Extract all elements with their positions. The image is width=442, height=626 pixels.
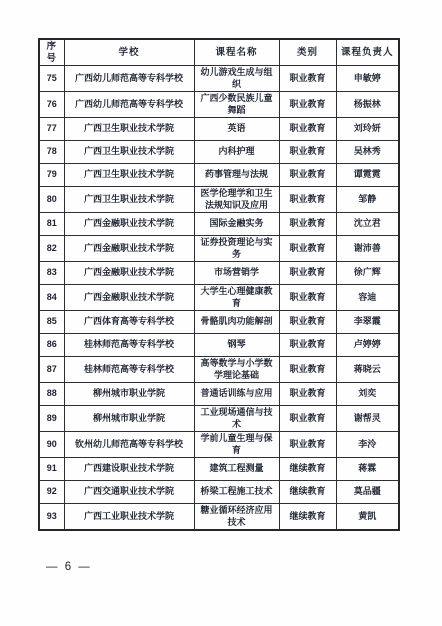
col-header-leader: 课程负责人 [336,39,399,66]
cell-no: 92 [39,481,64,504]
cell-leader: 谢沛善 [336,236,399,262]
cell-school: 广西金融职业技术学院 [64,262,194,285]
table-row: 86桂林师范高等专科学校钢琴职业教育卢婷婷 [39,334,399,357]
table-row: 85广西体育高等专科学校骨骼肌肉功能解剖职业教育李翠霞 [39,311,399,334]
cell-course: 工业现场通信与技术 [194,406,279,432]
cell-course: 学前儿童生理与保育 [194,432,279,458]
cell-leader: 谭霓霓 [336,164,399,187]
cell-category: 职业教育 [279,213,336,236]
cell-leader: 谢帮灵 [336,406,399,432]
table-row: 76广西幼儿师范高等专科学校广西少数民族儿童舞蹈职业教育杨振林 [39,92,399,118]
table-row: 93广西工业职业技术学院糖业循环经济应用技术继续教育黄凯 [39,504,399,531]
cell-course: 大学生心理健康教育 [194,285,279,311]
cell-category: 职业教育 [279,432,336,458]
cell-no: 88 [39,383,64,406]
table-row: 81广西金融职业技术学院国际金融实务职业教育沈立君 [39,213,399,236]
cell-school: 广西卫生职业技术学院 [64,118,194,141]
cell-course: 普通话训练与应用 [194,383,279,406]
document-page: 序号学校课程名称类别课程负责人 75广西幼儿师范高等专科学校幼儿游戏生成与组织职… [0,0,442,626]
cell-category: 继续教育 [279,481,336,504]
cell-leader: 李泠 [336,432,399,458]
col-header-category: 类别 [279,39,336,66]
cell-category: 职业教育 [279,66,336,92]
cell-no: 78 [39,141,64,164]
cell-category: 职业教育 [279,285,336,311]
cell-category: 职业教育 [279,357,336,383]
cell-category: 职业教育 [279,236,336,262]
cell-category: 职业教育 [279,262,336,285]
cell-category: 职业教育 [279,187,336,213]
cell-no: 76 [39,92,64,118]
cell-school: 广西交通职业技术学院 [64,481,194,504]
cell-school: 广西卫生职业技术学院 [64,187,194,213]
cell-course: 糖业循环经济应用技术 [194,504,279,531]
cell-no: 89 [39,406,64,432]
table-row: 88柳州城市职业学院普通话训练与应用职业教育刘奕 [39,383,399,406]
cell-no: 84 [39,285,64,311]
page-number: — 6 — [46,561,92,573]
cell-no: 82 [39,236,64,262]
table-row: 77广西卫生职业技术学院英语职业教育刘玲妍 [39,118,399,141]
cell-category: 职业教育 [279,164,336,187]
cell-category: 职业教育 [279,383,336,406]
cell-course: 广西少数民族儿童舞蹈 [194,92,279,118]
cell-school: 钦州幼儿师范高等专科学校 [64,432,194,458]
col-header-school: 学校 [64,39,194,66]
cell-category: 继续教育 [279,504,336,531]
cell-leader: 刘玲妍 [336,118,399,141]
course-table: 序号学校课程名称类别课程负责人 75广西幼儿师范高等专科学校幼儿游戏生成与组织职… [38,38,400,531]
cell-leader: 刘奕 [336,383,399,406]
cell-leader: 杨振林 [336,92,399,118]
table-row: 87桂林师范高等专科学校高等数学与小学数学理论基础职业教育蒋晓云 [39,357,399,383]
cell-leader: 卢婷婷 [336,334,399,357]
cell-no: 79 [39,164,64,187]
cell-category: 职业教育 [279,334,336,357]
cell-no: 80 [39,187,64,213]
table-row: 79广西卫生职业技术学院药事管理与法规职业教育谭霓霓 [39,164,399,187]
cell-course: 建筑工程测量 [194,458,279,481]
col-header-no: 序号 [39,39,64,66]
cell-course: 市场营销学 [194,262,279,285]
cell-category: 继续教育 [279,458,336,481]
table-row: 80广西卫生职业技术学院医学伦理学和卫生法规知识及应用职业教育邹静 [39,187,399,213]
cell-no: 77 [39,118,64,141]
cell-school: 广西卫生职业技术学院 [64,141,194,164]
cell-no: 90 [39,432,64,458]
cell-school: 桂林师范高等专科学校 [64,357,194,383]
cell-course: 证券投资理论与实务 [194,236,279,262]
cell-leader: 莫品疆 [336,481,399,504]
table-row: 84广西金融职业技术学院大学生心理健康教育职业教育容迪 [39,285,399,311]
cell-school: 广西工业职业技术学院 [64,504,194,531]
cell-school: 柳州城市职业学院 [64,406,194,432]
cell-no: 93 [39,504,64,531]
cell-school: 桂林师范高等专科学校 [64,334,194,357]
cell-category: 职业教育 [279,141,336,164]
cell-category: 职业教育 [279,311,336,334]
cell-course: 药事管理与法规 [194,164,279,187]
cell-no: 85 [39,311,64,334]
cell-leader: 李翠霞 [336,311,399,334]
table-row: 91广西建设职业技术学院建筑工程测量继续教育蒋霖 [39,458,399,481]
cell-course: 国际金融实务 [194,213,279,236]
cell-leader: 蒋晓云 [336,357,399,383]
cell-course: 钢琴 [194,334,279,357]
cell-no: 91 [39,458,64,481]
cell-category: 职业教育 [279,118,336,141]
cell-course: 幼儿游戏生成与组织 [194,66,279,92]
cell-school: 广西金融职业技术学院 [64,236,194,262]
table-row: 78广西卫生职业技术学院内科护理职业教育吴林秀 [39,141,399,164]
cell-school: 广西幼儿师范高等专科学校 [64,66,194,92]
cell-course: 内科护理 [194,141,279,164]
cell-school: 广西卫生职业技术学院 [64,164,194,187]
cell-course: 高等数学与小学数学理论基础 [194,357,279,383]
cell-school: 广西金融职业技术学院 [64,213,194,236]
cell-leader: 黄凯 [336,504,399,531]
cell-category: 职业教育 [279,92,336,118]
cell-leader: 邹静 [336,187,399,213]
cell-category: 职业教育 [279,406,336,432]
cell-leader: 徐广辉 [336,262,399,285]
table-row: 90钦州幼儿师范高等专科学校学前儿童生理与保育职业教育李泠 [39,432,399,458]
cell-leader: 吴林秀 [336,141,399,164]
cell-school: 广西幼儿师范高等专科学校 [64,92,194,118]
cell-no: 83 [39,262,64,285]
cell-leader: 沈立君 [336,213,399,236]
cell-school: 柳州城市职业学院 [64,383,194,406]
cell-no: 75 [39,66,64,92]
table-row: 92广西交通职业技术学院桥梁工程施工技术继续教育莫品疆 [39,481,399,504]
cell-leader: 蒋霖 [336,458,399,481]
cell-school: 广西体育高等专科学校 [64,311,194,334]
cell-leader: 申敏婷 [336,66,399,92]
table-row: 75广西幼儿师范高等专科学校幼儿游戏生成与组织职业教育申敏婷 [39,66,399,92]
cell-leader: 容迪 [336,285,399,311]
col-header-course: 课程名称 [194,39,279,66]
cell-school: 广西金融职业技术学院 [64,285,194,311]
cell-no: 87 [39,357,64,383]
cell-school: 广西建设职业技术学院 [64,458,194,481]
cell-course: 骨骼肌肉功能解剖 [194,311,279,334]
table-row: 83广西金融职业技术学院市场营销学职业教育徐广辉 [39,262,399,285]
cell-course: 医学伦理学和卫生法规知识及应用 [194,187,279,213]
cell-no: 86 [39,334,64,357]
cell-no: 81 [39,213,64,236]
table-header-row: 序号学校课程名称类别课程负责人 [39,39,399,66]
table-row: 82广西金融职业技术学院证券投资理论与实务职业教育谢沛善 [39,236,399,262]
cell-course: 桥梁工程施工技术 [194,481,279,504]
table-row: 89柳州城市职业学院工业现场通信与技术职业教育谢帮灵 [39,406,399,432]
cell-course: 英语 [194,118,279,141]
